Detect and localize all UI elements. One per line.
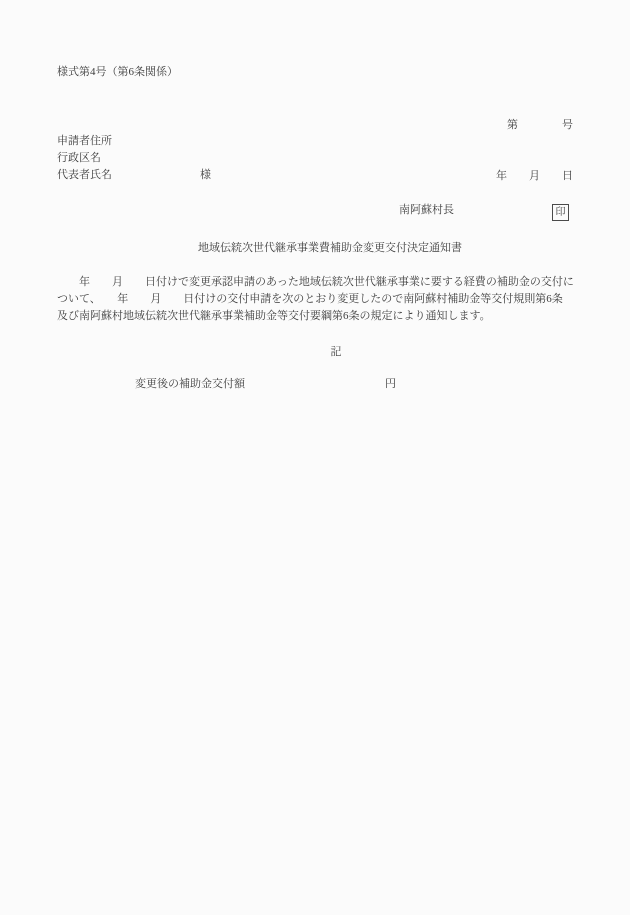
- issuer-mayor-name: 南阿蘇村長: [399, 202, 454, 219]
- date-line: 年 月 日: [496, 168, 573, 185]
- document-number-line: 第 号: [496, 117, 573, 134]
- district-name-label: 行政区名: [57, 150, 101, 167]
- honorific-sama: 様: [200, 167, 211, 184]
- amount-unit-yen: 円: [385, 376, 396, 393]
- amount-after-change-label: 変更後の補助金交付額: [135, 376, 245, 393]
- applicant-address-label: 申請者住所: [57, 133, 112, 150]
- body-paragraph-line-2: ついて、 年 月 日付けの交付申請を次のとおり変更したので南阿蘇村補助金等交付規…: [57, 291, 563, 308]
- document-title: 地域伝統次世代継承事業費補助金変更交付決定通知書: [198, 240, 462, 257]
- form-number: 様式第4号（第6条関係）: [57, 64, 178, 81]
- body-paragraph-line-3: 及び南阿蘇村地域伝統次世代継承事業補助金等交付要綱第6条の規定により通知します。: [57, 308, 491, 325]
- seal-placeholder-box: 印: [552, 204, 569, 221]
- representative-name-label: 代表者氏名: [57, 167, 112, 184]
- seal-character: 印: [556, 208, 566, 218]
- header-number-date-block: 第 号 年 月 日: [496, 83, 573, 219]
- record-marker: 記: [331, 344, 342, 361]
- document-page: 様式第4号（第6条関係） 第 号 年 月 日 申請者住所 行政区名 代表者氏名 …: [0, 0, 630, 915]
- body-paragraph-line-1: 年 月 日付けで変更承認申請のあった地域伝統次世代継承事業に要する経費の補助金の…: [57, 274, 574, 291]
